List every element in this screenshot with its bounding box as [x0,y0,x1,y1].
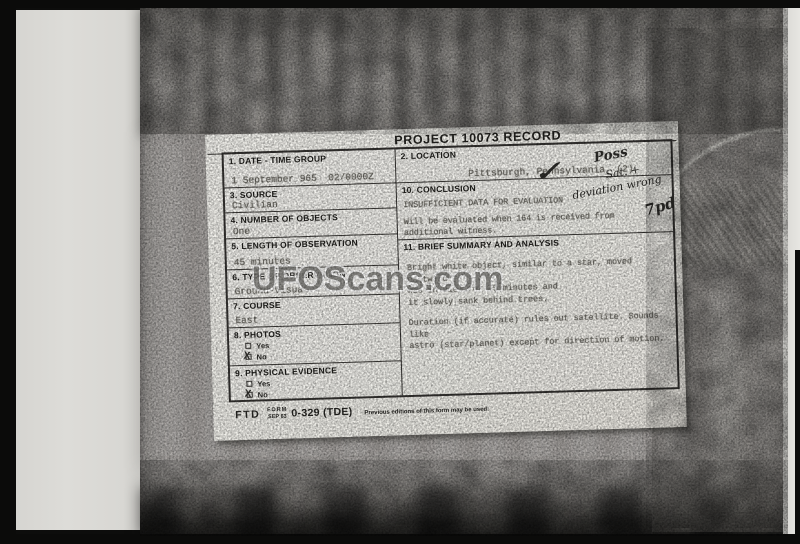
photos-no-label: No [256,352,266,361]
scan-frame-bottom [0,534,800,544]
field-value: One [233,226,250,238]
footer-form-stack: FORM SEP 63 [267,407,288,421]
scan-frame-top [0,0,800,8]
x-mark: X [244,389,251,401]
evidence-no-checkbox: X [247,392,253,398]
evidence-yes-label: Yes [257,379,270,388]
footer-previous-editions-note: Previous editions of this form may be us… [364,407,489,418]
footer-form-word: FORM [267,407,287,414]
field-photos: 8. PHOTOS Yes X No [229,324,401,367]
field-physical-evidence: 9. PHYSICAL EVIDENCE Yes X No [230,361,402,400]
scanned-document-page: PROJECT 10073 RECORD 1. DATE - TIME GROU… [0,0,800,544]
scan-frame-left [0,0,16,544]
photos-yes-checkbox [245,343,251,349]
footer-ftd: FTD [235,408,260,421]
footer-form-date: SEP 63 [268,414,287,421]
x-mark: X [243,351,250,363]
summary-paragraph-2: Duration (if accurate) rules out satelli… [409,310,673,352]
field-value: Civilian [232,199,278,211]
watermark: UFOScans.com [252,260,503,299]
photos-yes-label: Yes [256,341,269,350]
photos-no-checkbox: X [246,354,252,360]
field-date-time-group: 1. DATE - TIME GROUP 1 September 965 02/… [224,149,396,188]
footer-form-number: 0-329 (TDE) [291,406,352,420]
fabric-highlight-streak [712,290,746,510]
right-black-edge [795,250,800,544]
form-footer: FTD FORM SEP 63 0-329 (TDE) Previous edi… [235,401,489,422]
field-brief-summary: 11. BRIEF SUMMARY AND ANALYSIS Bright wh… [398,232,677,395]
conclusion-line: INSUFFICIENT DATA FOR EVALUATION [403,192,672,210]
field-value: East [235,315,258,327]
evidence-no-label: No [258,390,268,399]
page-left-margin [16,10,142,530]
field-label: 1. DATE - TIME GROUP [224,149,395,166]
evidence-yes-checkbox [246,381,252,387]
